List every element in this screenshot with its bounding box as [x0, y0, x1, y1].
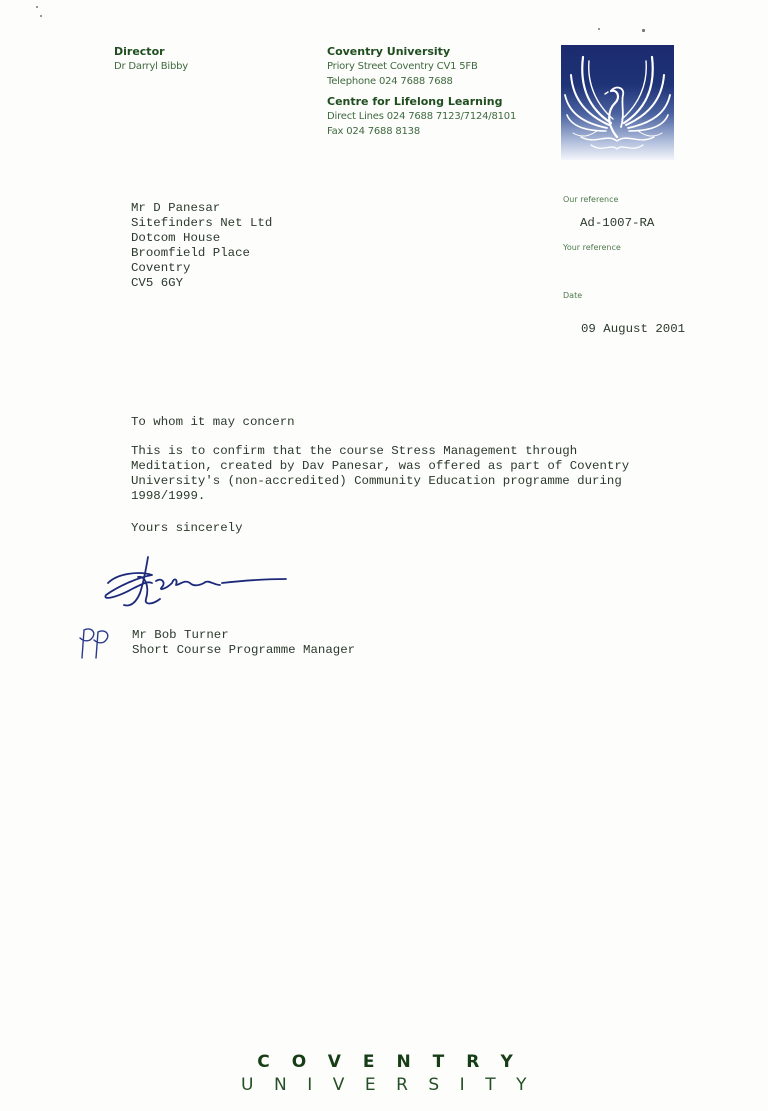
pp-mark-icon [76, 626, 114, 662]
phoenix-logo-icon [561, 45, 674, 160]
footer-wordmark-university: UNIVERSITY [0, 1075, 768, 1095]
scan-speck [598, 28, 600, 30]
recipient-line: Dotcom House [131, 231, 272, 246]
recipient-line: Coventry [131, 261, 272, 276]
director-name: Dr Darryl Bibby [114, 59, 188, 74]
director-block: Director Dr Darryl Bibby [114, 45, 188, 74]
footer-wordmark-coventry: COVENTRY [0, 1052, 768, 1072]
university-telephone: Telephone 024 7688 7688 [327, 74, 516, 89]
scan-speck [642, 29, 645, 32]
paragraph-line: This is to confirm that the course Stres… [131, 444, 629, 459]
paragraph-line: Meditation, created by Dav Panesar, was … [131, 459, 629, 474]
centre-fax: Fax 024 7688 8138 [327, 124, 516, 139]
your-reference-label: Your reference [563, 243, 621, 252]
recipient-line: Sitefinders Net Ltd [131, 216, 272, 231]
salutation: To whom it may concern [131, 415, 295, 430]
university-address: Priory Street Coventry CV1 5FB [327, 59, 516, 74]
signatory-name: Mr Bob Turner [132, 628, 355, 643]
handwritten-signature-icon [100, 555, 300, 610]
centre-direct-lines: Direct Lines 024 7688 7123/7124/8101 [327, 109, 516, 124]
recipient-address: Mr D Panesar Sitefinders Net Ltd Dotcom … [131, 201, 272, 291]
signatory-block: Mr Bob Turner Short Course Programme Man… [132, 628, 355, 658]
director-heading: Director [114, 45, 188, 59]
recipient-line: Mr D Panesar [131, 201, 272, 216]
recipient-line: CV5 6GY [131, 276, 272, 291]
scan-speck [36, 6, 38, 8]
paragraph-line: University's (non-accredited) Community … [131, 474, 629, 489]
paragraph-line: 1998/1999. [131, 489, 629, 504]
signatory-title: Short Course Programme Manager [132, 643, 355, 658]
scan-speck [40, 15, 42, 17]
closing: Yours sincerely [131, 521, 243, 536]
recipient-line: Broomfield Place [131, 246, 272, 261]
university-block: Coventry University Priory Street Covent… [327, 45, 516, 139]
university-heading: Coventry University [327, 45, 516, 59]
body-paragraph: This is to confirm that the course Stres… [131, 444, 629, 504]
date-value: 09 August 2001 [581, 322, 685, 337]
our-reference-value: Ad-1007-RA [580, 216, 654, 231]
our-reference-label: Our reference [563, 195, 618, 204]
centre-heading: Centre for Lifelong Learning [327, 95, 516, 109]
date-label: Date [563, 291, 582, 300]
